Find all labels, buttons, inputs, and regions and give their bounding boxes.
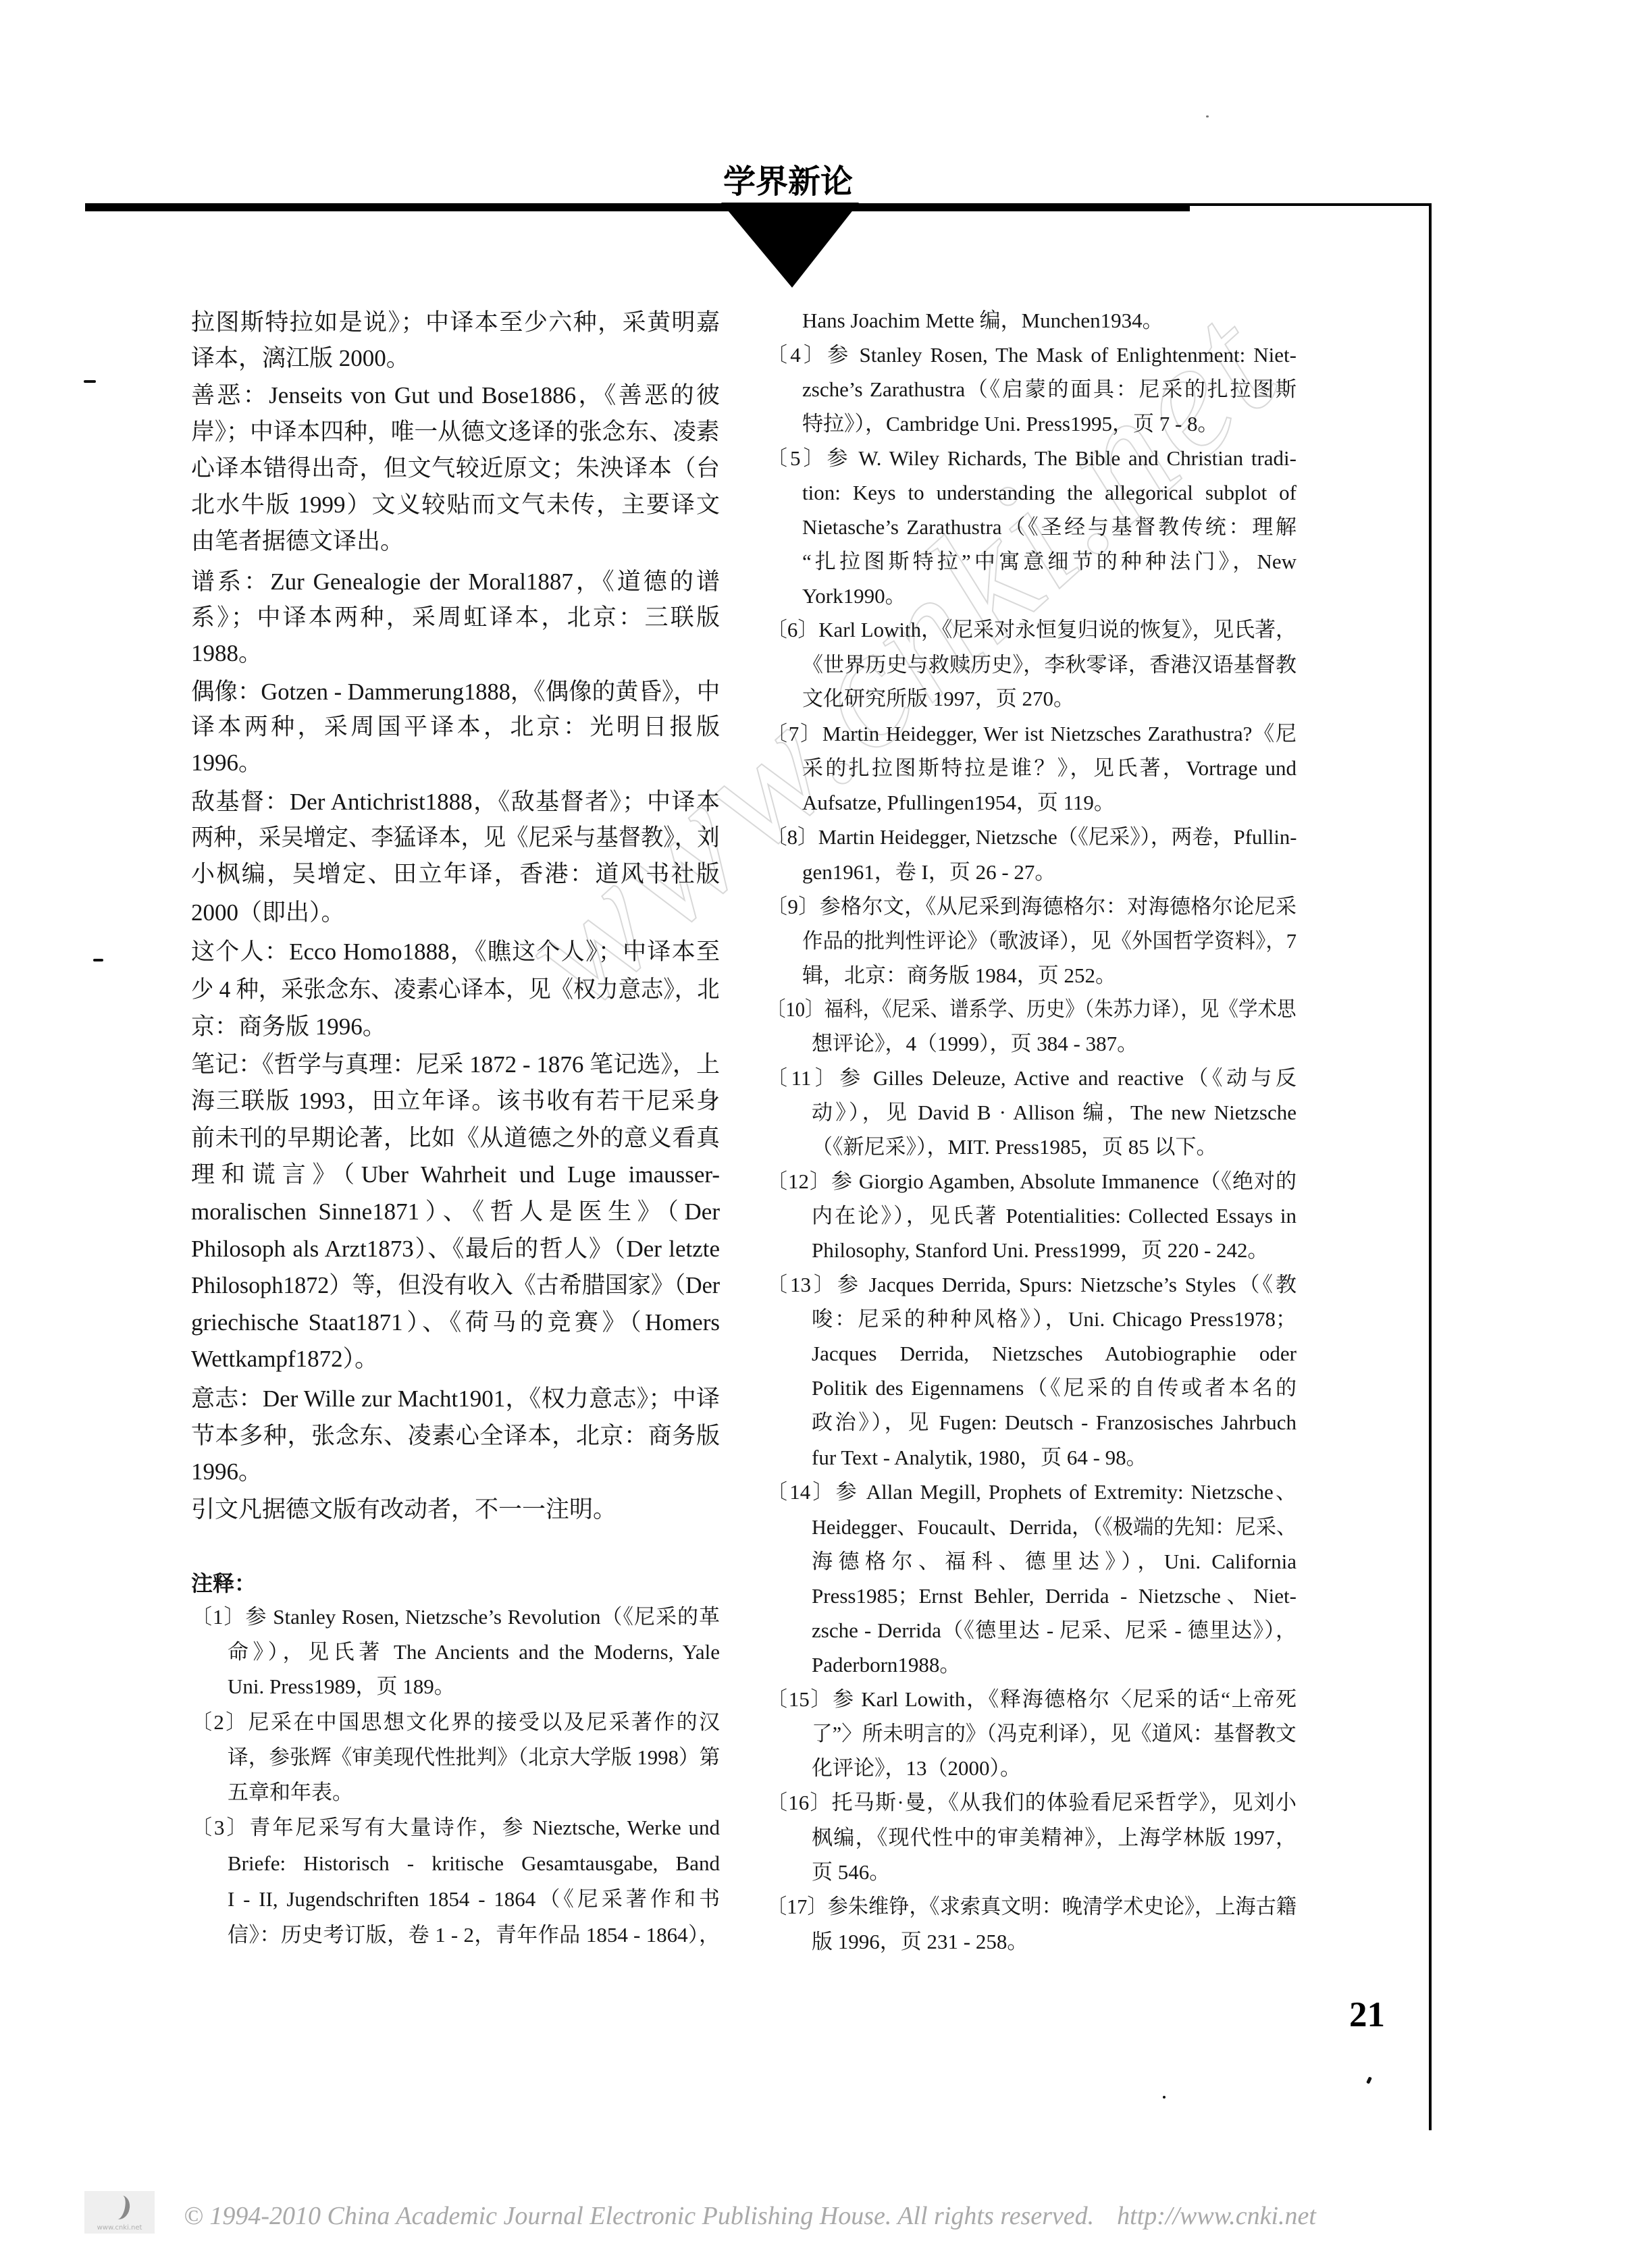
body-line: 1996。: [191, 745, 720, 781]
note-line: 〔1〕参 Stanley Rosen, Nietzsche’s Revoluti…: [191, 1600, 720, 1635]
journal-page: www.cnki.net 学界新论 拉图斯特拉如是说》；中译本至少六种，采黄明嘉…: [0, 0, 1649, 2268]
scan-artifact: [1163, 2096, 1166, 2099]
reference-line: 内在论》），见氏著 Potentialities: Collected Essa…: [812, 1198, 1297, 1234]
reference-line: 动》），见 David B · Allison 编，The new Nietzs…: [812, 1095, 1297, 1130]
footer-copyright: © 1994-2010 China Academic Journal Elect…: [184, 2200, 1316, 2232]
note-line: 〔3〕青年尼采写有大量诗作，参 Nieztsche, Werke und: [191, 1810, 720, 1845]
reference-line: 〔10〕福科，《尼采、谱系学、历史》（朱苏力译），见《学术思: [766, 992, 1254, 1027]
body-line: 意志：Der Wille zur Macht1901，《权力意志》；中译: [191, 1381, 720, 1417]
body-line: 1996。: [191, 1454, 720, 1490]
reference-line: 政治》），见 Fugen: Deutsch - Franzosisches Ja…: [812, 1405, 1297, 1440]
reference-line: 《世界历史与救赎历史》，李秋零译，香港汉语基督教: [802, 648, 1297, 683]
body-line: 2000（即出）。: [191, 895, 720, 931]
body-line: 笔记：《哲学与真理：尼采 1872 - 1876 笔记选》，上: [191, 1047, 720, 1083]
logo-text: www.cnki.net: [84, 2224, 155, 2232]
body-line: 这个人：Ecco Homo1888，《瞧这个人》；中译本至: [191, 934, 720, 970]
reference-line: 〔14〕参 Allan Megill, Prophets of Extremit…: [766, 1475, 1297, 1510]
body-line: 心译本错得出奇，但文气较近原文；朱泱译本（台: [191, 450, 720, 487]
reference-line: 〔5〕参 W. Wiley Richards, The Bible and Ch…: [766, 441, 1297, 476]
body-line: 前未刊的早期论著，比如《从道德之外的意义看真: [191, 1120, 720, 1157]
body-line: 译本，漓江版 2000。: [191, 340, 720, 377]
body-line: Wettkampf1872）。: [191, 1341, 720, 1377]
reference-line: Politik des Eigennamens（《尼采的自传或者本名的: [812, 1371, 1297, 1406]
body-line: griechische Staat1871）、《荷马的竞赛》（Homers: [191, 1304, 720, 1341]
scan-artifact: [84, 380, 96, 383]
body-line: Philosoph als Arzt1873）、《最后的哲人》（Der letz…: [191, 1231, 720, 1267]
reference-line: 〔6〕Karl Lowith，《尼采对永恒复归说的恢复》，见氏著，: [766, 612, 1294, 648]
reference-line: 〔4〕参 Stanley Rosen, The Mask of Enlighte…: [766, 338, 1297, 373]
reference-line: 文化研究所版 1997，页 270。: [802, 681, 1297, 716]
reference-line: 辑，北京：商务版 1984，页 252。: [802, 958, 1297, 993]
reference-line: 想评论》，4（1999），页 384 - 387。: [812, 1026, 1297, 1061]
reference-line: 特拉》），Cambridge Uni. Press1995，页 7 - 8。: [802, 406, 1297, 442]
reference-line: 〔17〕参朱维铮，《求索真文明：晚清学术史论》，上海古籍: [766, 1889, 1283, 1924]
body-line: 系》；中译本两种，采周虹译本，北京：三联版: [191, 600, 720, 636]
swoosh-icon: [108, 2193, 132, 2221]
reference-line: 〔7〕Martin Heidegger, Wer ist Nietzsches …: [766, 716, 1297, 751]
body-line: 1988。: [191, 635, 720, 672]
reference-line: 〔13〕参 Jacques Derrida, Spurs: Nietzsche’…: [766, 1267, 1297, 1302]
copyright-text: © 1994-2010 China Academic Journal Elect…: [184, 2202, 1094, 2230]
body-line: moralischen Sinne1871）、《哲人是医生》（Der: [191, 1194, 720, 1230]
reference-line: Press1985；Ernst Behler, Derrida - Nietzs…: [812, 1579, 1297, 1614]
body-line: 敌基督：Der Antichrist1888，《敌基督者》；中译本: [191, 784, 720, 820]
reference-line: Paderborn1988。: [812, 1647, 1297, 1683]
reference-line: gen1961，卷 I，页 26 - 27。: [802, 855, 1297, 890]
reference-line: Philosophy, Stanford Uni. Press1999，页 22…: [812, 1233, 1297, 1268]
reference-line: 〔8〕Martin Heidegger, Nietzsche（《尼采》），两卷，…: [766, 820, 1291, 855]
reference-line: York1990。: [802, 579, 1297, 614]
body-line: 节本多种，张念东、凌素心全译本，北京：商务版: [191, 1418, 720, 1454]
reference-line: zsche’s Zarathustra（《启蒙的面具：尼采的扎拉图斯: [802, 372, 1297, 407]
note-line: 五章和年表。: [228, 1775, 720, 1810]
reference-line: tion: Keys to understanding the allegori…: [802, 475, 1297, 510]
reference-line: （《新尼采》），MIT. Press1985，页 85 以下。: [812, 1130, 1297, 1165]
reference-line: 化评论》，13（2000）。: [812, 1751, 1297, 1786]
reference-line: 〔15〕参 Karl Lowith，《释海德格尔〈尼采的话“上帝死: [766, 1682, 1297, 1717]
reference-line: 〔12〕参 Giorgio Agamben, Absolute Immanenc…: [766, 1164, 1297, 1199]
reference-line: Aufsatze, Pfullingen1954，页 119。: [802, 785, 1297, 820]
reference-line: “扎拉图斯特拉”中寓意细节的种种法门》，New: [802, 544, 1297, 579]
reference-line: 作品的批判性评论》（歌波译），见《外国哲学资料》，7: [802, 924, 1288, 959]
reference-line: fur Text - Analytik, 1980，页 64 - 98。: [812, 1440, 1297, 1475]
body-line: 少 4 种，采张念东、凌素心译本，见《权力意志》，北: [191, 972, 694, 1008]
note-line: 命》），见氏著 The Ancients and the Moderns, Ya…: [228, 1635, 720, 1670]
reference-line: Hans Joachim Mette 编，Munchen1934。: [802, 303, 1297, 338]
reference-line: Jacques Derrida, Nietzsches Autobiograph…: [812, 1336, 1297, 1371]
body-line: Philosoph1872）等，但没有收入《古希腊国家》（Der: [191, 1267, 706, 1304]
body-line: 海三联版 1993，田立年译。该书收有若干尼采身: [191, 1083, 720, 1119]
note-line: 〔2〕尼采在中国思想文化界的接受以及尼采著作的汉: [191, 1705, 720, 1740]
right-border-rule: [1429, 203, 1432, 2130]
body-line: 岸》；中译本四种，唯一从德文迻译的张念东、凌素: [191, 414, 716, 450]
body-line: 谱系：Zur Genealogie der Moral1887，《道德的谱: [191, 564, 720, 600]
body-line: 理和谎言》（Uber Wahrheit und Luge imausser-: [191, 1157, 720, 1193]
footer-url-link[interactable]: http://www.cnki.net: [1117, 2202, 1316, 2230]
reference-line: 〔16〕托马斯·曼，《从我们的体验看尼采哲学》，见刘小: [766, 1785, 1297, 1820]
reference-line: zsche - Derrida（《德里达 - 尼采、尼采 - 德里达》），: [812, 1613, 1297, 1648]
header-triangle-icon: [721, 203, 859, 288]
reference-line: 版 1996，页 231 - 258。: [812, 1924, 1297, 1959]
reference-line: Heidegger、Foucault、Derrida，（《极端的先知：尼采、: [812, 1510, 1285, 1545]
note-line: 信》：历史考订版，卷 1 - 2，青年作品 1854 - 1864），: [228, 1918, 720, 1953]
scan-artifact: [93, 959, 103, 961]
note-line: 译，参张辉《审美现代性批判》（北京大学版 1998）第: [228, 1740, 715, 1775]
cnki-logo-icon: www.cnki.net: [84, 2191, 155, 2234]
body-line: 北水牛版 1999）文义较贴而文气未传，主要译文: [191, 487, 720, 523]
reference-line: 〔9〕参格尔文，《从尼采到海德格尔：对海德格尔论尼采: [766, 889, 1297, 924]
note-line: Uni. Press1989，页 189。: [228, 1669, 720, 1704]
scan-artifact: [1366, 2076, 1372, 2084]
note-line: Briefe: Historisch - kritische Gesamtaus…: [228, 1846, 720, 1881]
page-number: 21: [1349, 1994, 1385, 2036]
reference-line: Nietasche’s Zarathustra（《圣经与基督教传统：理解: [802, 510, 1297, 545]
reference-line: 了”〉所未明言的》（冯克利译），见《道风：基督教文: [812, 1716, 1290, 1751]
note-line: I - II, Jugendschriften 1854 - 1864（《尼采著…: [228, 1882, 720, 1917]
scan-artifact: [1206, 115, 1209, 117]
notes-heading: 注释：: [191, 1566, 256, 1601]
header-rule-thick: [85, 203, 1190, 211]
body-line: 两种，采吴增定、李猛译本，见《尼采与基督教》，刘: [191, 820, 694, 856]
body-line: 引文凡据德文版有改动者，不一一注明。: [191, 1492, 720, 1528]
body-line: 善恶：Jenseits von Gut und Bose1886，《善恶的彼: [191, 377, 720, 414]
reference-line: 〔11〕参 Gilles Deleuze, Active and reactiv…: [766, 1061, 1297, 1096]
body-line: 小枫编，吴增定、田立年译，香港：道风书社版: [191, 856, 720, 893]
section-title: 学界新论: [721, 162, 856, 201]
reference-line: 页 546。: [812, 1855, 1297, 1890]
reference-line: 海德格尔、福科、德里达》），Uni. California: [812, 1544, 1297, 1579]
reference-line: 采的扎拉图斯特拉是谁？》，见氏著，Vortrage und: [802, 751, 1297, 786]
body-line: 京：商务版 1996。: [191, 1009, 720, 1045]
body-line: 译本两种，采周国平译本，北京：光明日报版: [191, 709, 720, 745]
body-line: 偶像：Gotzen - Dammerung1888，《偶像的黄昏》，中: [191, 674, 712, 710]
reference-line: 枫编，《现代性中的审美精神》，上海学林版 1997，: [812, 1820, 1297, 1855]
body-line: 由笔者据德文译出。: [191, 523, 720, 560]
reference-line: 唆：尼采的种种风格》），Uni. Chicago Press1978；: [812, 1302, 1297, 1337]
body-line: 拉图斯特拉如是说》；中译本至少六种，采黄明嘉: [191, 305, 720, 341]
